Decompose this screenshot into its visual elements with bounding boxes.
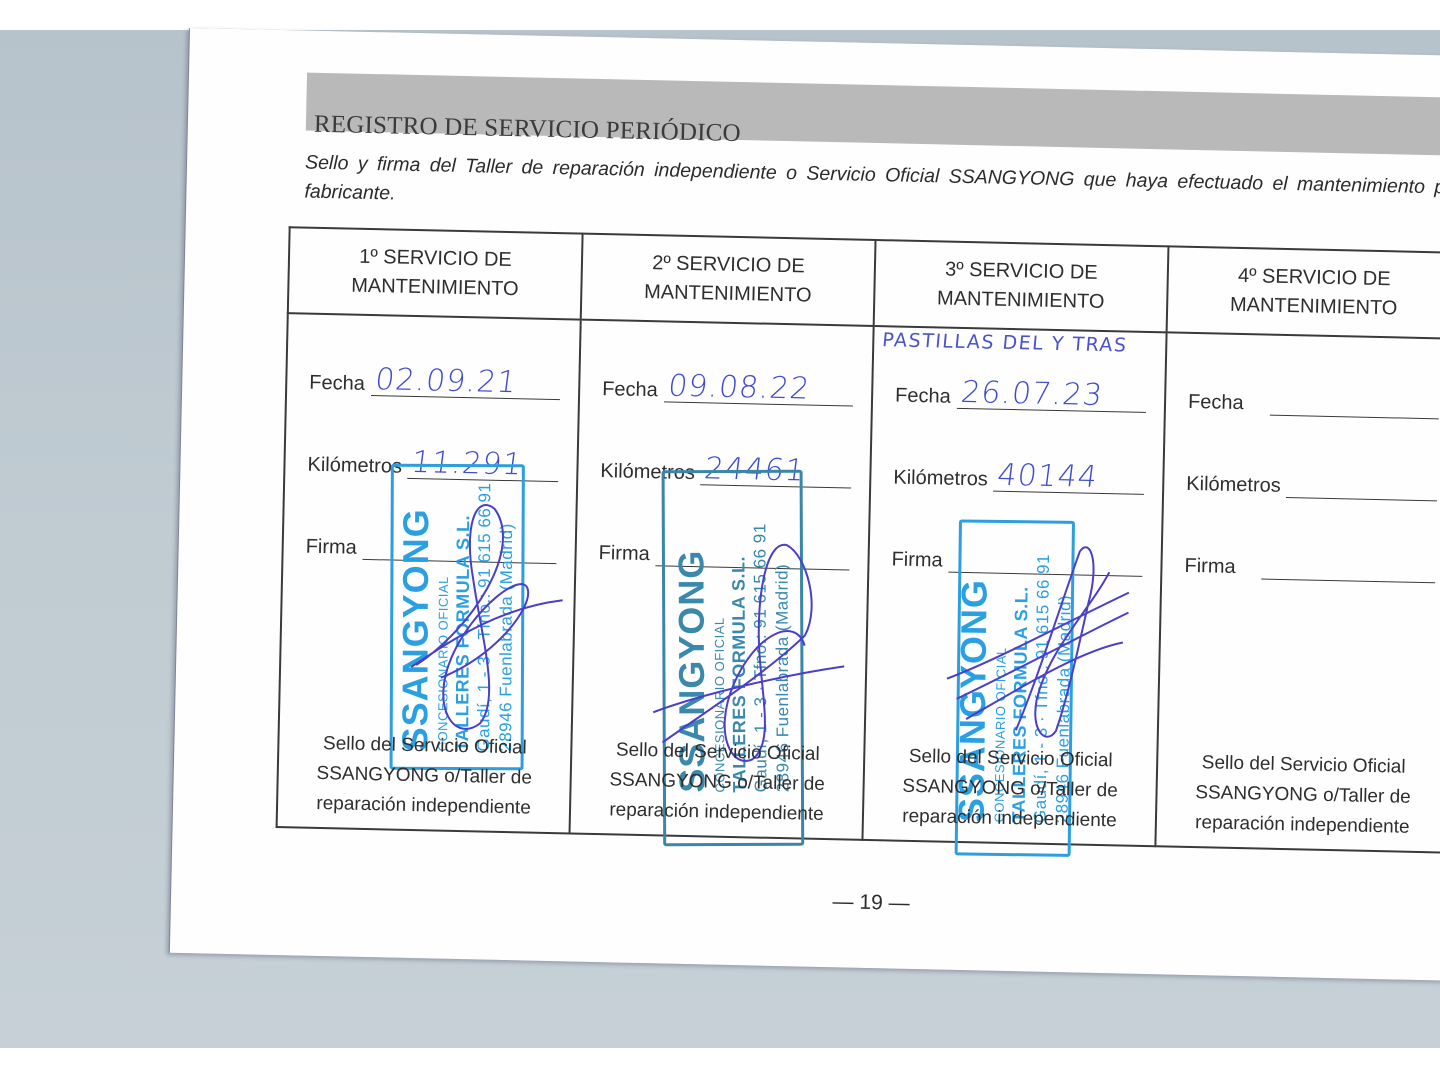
stamp-city: 28946 Fuenlabrada (Madrid) <box>495 483 518 752</box>
date-label: Fecha <box>602 378 658 402</box>
table-body-row: Fecha 02.09.21 Kilómetros 11.291 Firma S… <box>277 313 1440 852</box>
km-field[interactable]: Kilómetros 40144 <box>893 449 1145 494</box>
signature-label: Firma <box>305 536 357 560</box>
service-cell-1: Fecha 02.09.21 Kilómetros 11.291 Firma S… <box>277 313 581 833</box>
service-header-2: 2º SERVICIO DE MANTENIMIENTO <box>581 234 876 326</box>
stamp-brand: SSANGYONG <box>396 482 435 751</box>
seal-caption: Sello del Servicio Oficial SSANGYONG o/T… <box>571 735 864 831</box>
date-field[interactable]: Fecha 26.07.23 <box>895 367 1147 412</box>
service-header-4: 4º SERVICIO DE MANTENIMIENTO <box>1167 246 1440 338</box>
booklet-page: REGISTRO DE SERVICIO PERIÓDICO Sello y f… <box>170 28 1440 983</box>
service-cell-2: Fecha 09.08.22 Kilómetros 24461 Firma SS… <box>570 320 874 840</box>
section-title: REGISTRO DE SERVICIO PERIÓDICO <box>314 111 741 148</box>
signature-label: Firma <box>598 542 650 566</box>
handwritten-date: 02.09.21 <box>373 362 519 400</box>
date-label: Fecha <box>895 384 951 408</box>
stamp-company: TALLERES FORMULA S.L. <box>451 482 474 751</box>
section-title-bar: REGISTRO DE SERVICIO PERIÓDICO <box>306 73 1440 159</box>
signature-label: Firma <box>1184 555 1236 579</box>
stamp-subtitle: CONCESIONARIO OFICIAL <box>434 482 452 751</box>
handwritten-date: 26.07.23 <box>959 375 1105 413</box>
date-field[interactable]: Fecha <box>1188 374 1440 419</box>
handwritten-date: 09.08.22 <box>666 369 812 407</box>
stamp-address: Gaudí, 1 - 3 · Tfno.: 91 615 66 91 <box>473 483 496 752</box>
service-header-1: 1º SERVICIO DE MANTENIMIENTO <box>288 227 583 319</box>
date-field[interactable]: Fecha 09.08.22 <box>602 361 854 406</box>
date-label: Fecha <box>1188 391 1244 415</box>
service-record-table: 1º SERVICIO DE MANTENIMIENTO 2º SERVICIO… <box>276 226 1440 853</box>
km-field[interactable]: Kilómetros <box>1186 456 1438 501</box>
km-label: Kilómetros <box>307 454 402 479</box>
signature-label: Firma <box>891 548 943 572</box>
handwritten-note: PASTILLAS DEL Y TRAS <box>881 329 1128 356</box>
service-cell-3: PASTILLAS DEL Y TRAS Fecha 26.07.23 Kiló… <box>862 326 1166 846</box>
date-label: Fecha <box>309 372 365 396</box>
km-label: Kilómetros <box>893 466 988 491</box>
date-field[interactable]: Fecha 02.09.21 <box>309 355 561 400</box>
seal-caption: Sello del Servicio Oficial SSANGYONG o/T… <box>864 741 1157 837</box>
signature-field[interactable]: Firma <box>1184 538 1436 583</box>
seal-caption: Sello del Servicio Oficial SSANGYONG o/T… <box>278 728 571 824</box>
service-cell-4: Fecha Kilómetros Firma Sello del Servici… <box>1155 332 1440 852</box>
km-label: Kilómetros <box>1186 473 1281 498</box>
service-header-3: 3º SERVICIO DE MANTENIMIENTO <box>874 240 1169 332</box>
seal-caption: Sello del Servicio Oficial SSANGYONG o/T… <box>1157 747 1440 843</box>
handwritten-km: 40144 <box>996 458 1101 495</box>
page-number: — 19 — <box>171 876 1440 931</box>
intro-text: Sello y firma del Taller de reparación i… <box>304 149 1440 235</box>
dealer-stamp: SSANGYONG CONCESIONARIO OFICIAL TALLERES… <box>390 464 525 771</box>
